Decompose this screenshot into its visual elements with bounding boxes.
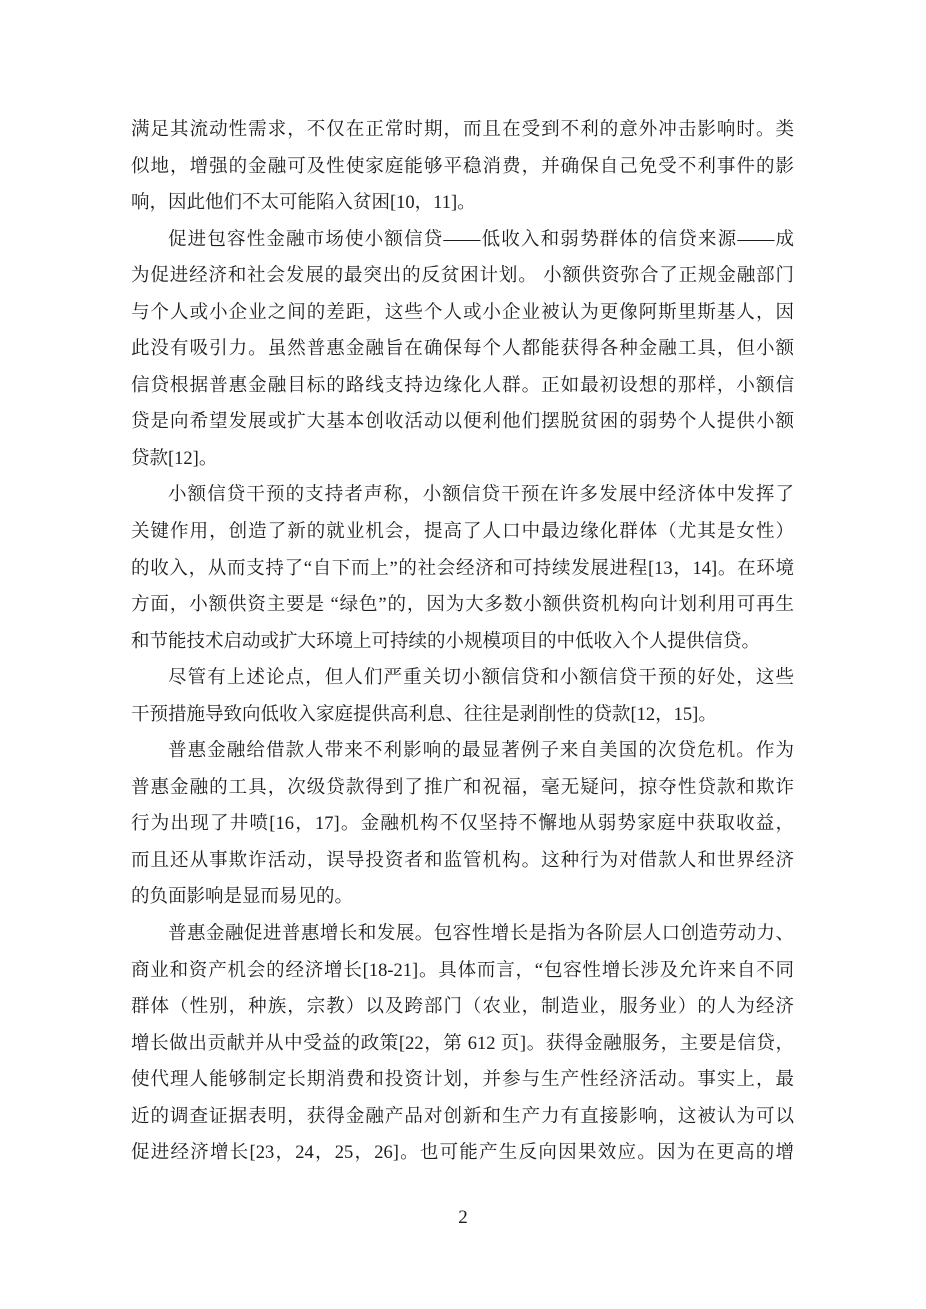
text-line: 的负面影响是显而易见的。 <box>131 879 794 916</box>
paragraph: 普惠金融给借款人带来不利影响的最显著例子来自美国的次贷危机。作为 普惠金融的工具… <box>131 733 794 916</box>
text-line: 小额信贷干预的支持者声称，小额信贷干预在许多发展中经济体中发挥了 <box>131 477 794 514</box>
text-line: 干预措施导致向低收入家庭提供高利息、往往是剥削性的贷款[12，15]。 <box>131 697 794 734</box>
text-line: 方面，小额供资主要是 “绿色”的，因为大多数小额供资机构向计划利用可再生 <box>131 587 794 624</box>
document-page: 满足其流动性需求，不仅在正常时期，而且在受到不利的意外冲击影响时。类 似地，增强… <box>0 0 926 1309</box>
paragraph: 尽管有上述论点，但人们严重关切小额信贷和小额信贷干预的好处，这些 干预措施导致向… <box>131 660 794 733</box>
text-line: 满足其流动性需求，不仅在正常时期，而且在受到不利的意外冲击影响时。类 <box>131 112 794 149</box>
paragraph: 小额信贷干预的支持者声称，小额信贷干预在许多发展中经济体中发挥了 关键作用，创造… <box>131 477 794 660</box>
paragraph: 促进包容性金融市场使小额信贷——低收入和弱势群体的信贷来源——成 为促进经济和社… <box>131 222 794 478</box>
text-line: 使代理人能够制定长期消费和投资计划，并参与生产性经济活动。事实上，最 <box>131 1062 794 1099</box>
text-line: 响，因此他们不太可能陷入贫困[10，11]。 <box>131 185 794 222</box>
text-line: 增长做出贡献并从中受益的政策[22，第 612 页]。获得金融服务，主要是信贷， <box>131 1026 794 1063</box>
text-line: 近的调查证据表明，获得金融产品对创新和生产力有直接影响，这被认为可以 <box>131 1099 794 1136</box>
text-line: 而且还从事欺诈活动，误导投资者和监管机构。这种行为对借款人和世界经济 <box>131 843 794 880</box>
text-line: 为促进经济和社会发展的最突出的反贫困计划。 小额供资弥合了正规金融部门 <box>131 258 794 295</box>
text-line: 信贷根据普惠金融目标的路线支持边缘化人群。正如最初设想的那样，小额信 <box>131 368 794 405</box>
paragraph: 普惠金融促进普惠增长和发展。包容性增长是指为各阶层人口创造劳动力、 商业和资产机… <box>131 916 794 1172</box>
text-line: 尽管有上述论点，但人们严重关切小额信贷和小额信贷干预的好处，这些 <box>131 660 794 697</box>
text-line: 此没有吸引力。虽然普惠金融旨在确保每个人都能获得各种金融工具，但小额 <box>131 331 794 368</box>
text-line: 普惠金融的工具，次级贷款得到了推广和祝福，毫无疑问，掠夺性贷款和欺诈 <box>131 770 794 807</box>
text-line: 普惠金融给借款人带来不利影响的最显著例子来自美国的次贷危机。作为 <box>131 733 794 770</box>
text-line: 与个人或小企业之间的差距，这些个人或小企业被认为更像阿斯里斯基人，因 <box>131 295 794 332</box>
page-number: 2 <box>0 1204 926 1232</box>
text-line: 似地，增强的金融可及性使家庭能够平稳消费，并确保自己免受不利事件的影 <box>131 149 794 186</box>
paragraph: 满足其流动性需求，不仅在正常时期，而且在受到不利的意外冲击影响时。类 似地，增强… <box>131 112 794 222</box>
text-line: 普惠金融促进普惠增长和发展。包容性增长是指为各阶层人口创造劳动力、 <box>131 916 794 953</box>
document-body: 满足其流动性需求，不仅在正常时期，而且在受到不利的意外冲击影响时。类 似地，增强… <box>131 112 794 1172</box>
text-line: 贷款[12]。 <box>131 441 794 478</box>
text-line: 群体（性别，种族，宗教）以及跨部门（农业，制造业，服务业）的人为经济 <box>131 989 794 1026</box>
text-line: 和节能技术启动或扩大环境上可持续的小规模项目的中低收入个人提供信贷。 <box>131 624 794 661</box>
text-line: 关键作用，创造了新的就业机会，提高了人口中最边缘化群体（尤其是女性） <box>131 514 794 551</box>
text-line: 促进经济增长[23，24，25，26]。也可能产生反向因果效应。因为在更高的增 <box>131 1135 794 1172</box>
text-line: 商业和资产机会的经济增长[18-21]。具体而言，“包容性增长涉及允许来自不同 <box>131 953 794 990</box>
text-line: 的收入，从而支持了“自下而上”的社会经济和可持续发展进程[13，14]。在环境 <box>131 551 794 588</box>
text-line: 行为出现了井喷[16，17]。金融机构不仅坚持不懈地从弱势家庭中获取收益， <box>131 806 794 843</box>
text-line: 促进包容性金融市场使小额信贷——低收入和弱势群体的信贷来源——成 <box>131 222 794 259</box>
text-line: 贷是向希望发展或扩大基本创收活动以便利他们摆脱贫困的弱势个人提供小额 <box>131 404 794 441</box>
